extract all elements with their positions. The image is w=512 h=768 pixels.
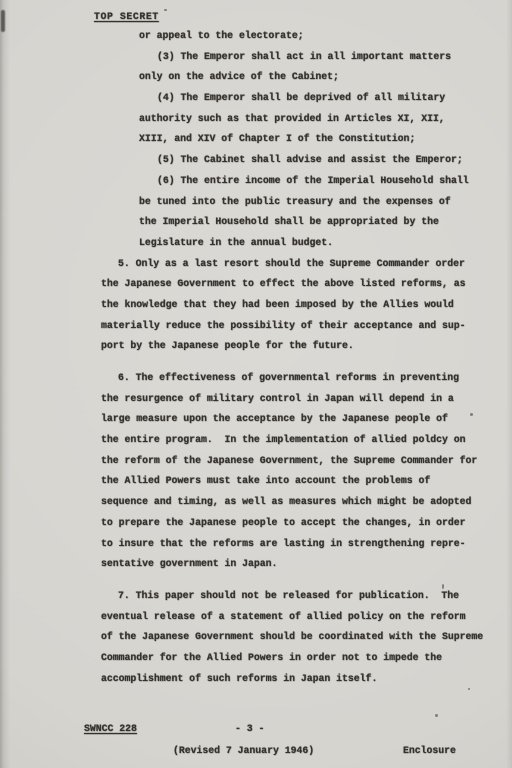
document-line: sentative government in Japan. xyxy=(101,554,501,575)
document-line: to insure that the reforms are lasting i… xyxy=(101,534,501,555)
document-line: XIII, and XIV of Chapter I of the Consti… xyxy=(101,129,501,150)
document-line: the reform of the Japanese Government, t… xyxy=(101,451,501,472)
scan-speck xyxy=(442,584,444,589)
scan-edge-smudge xyxy=(1,10,5,32)
document-line: (5) The Cabinet shall advise and assist … xyxy=(101,150,501,171)
document-line: Commander for the Allied Powers in order… xyxy=(101,648,501,669)
document-line: the Allied Powers must take into account… xyxy=(101,471,501,492)
revision-date: (Revised 7 January 1946) xyxy=(173,745,314,756)
document-line: (3) The Emperor shall act in all importa… xyxy=(101,47,501,68)
document-line: sequence and timing, as well as measures… xyxy=(101,492,501,513)
scan-speck xyxy=(164,9,167,11)
document-line: of the Japanese Government should be coo… xyxy=(101,627,501,648)
scanned-document-page: TOP SECRET or appeal to the electorate;(… xyxy=(0,0,512,768)
document-line: only on the advice of the Cabinet; xyxy=(101,67,501,88)
document-line: eventual release of a statement of allie… xyxy=(101,607,501,628)
document-line: accomplishment of such reforms in Japan … xyxy=(101,669,501,690)
document-line: the resurgence of military control in Ja… xyxy=(101,389,501,410)
document-line: materially reduce the possibility of the… xyxy=(101,316,501,337)
document-line: the knowledge that they had been imposed… xyxy=(101,295,501,316)
document-line: large measure upon the acceptance by the… xyxy=(101,409,501,430)
document-line: the entire program. In the implementatio… xyxy=(101,430,501,451)
document-line: port by the Japanese people for the futu… xyxy=(101,336,501,357)
scan-speck xyxy=(435,714,438,717)
document-line: (4) The Emperor shall be deprived of all… xyxy=(101,88,501,109)
document-line: 7. This paper should not be released for… xyxy=(101,586,501,607)
enclosure-label: Enclosure xyxy=(403,745,456,756)
document-line: (6) The entire income of the Imperial Ho… xyxy=(101,171,501,192)
page-number: - 3 - xyxy=(235,723,264,734)
classification-stamp: TOP SECRET xyxy=(94,11,159,22)
scan-speck xyxy=(468,688,470,690)
document-line: or appeal to the electorate; xyxy=(101,26,501,47)
document-line: be tuned into the public treasury and th… xyxy=(101,192,501,213)
document-line: 6. The effectiveness of governmental ref… xyxy=(101,368,501,389)
document-line: the Japanese Government to effect the ab… xyxy=(101,274,501,295)
document-line: 5. Only as a last resort should the Supr… xyxy=(101,254,501,275)
document-body: or appeal to the electorate;(3) The Empe… xyxy=(101,26,501,689)
document-line: authority such as that provided in Artic… xyxy=(101,109,501,130)
document-line: Legislature in the annual budget. xyxy=(101,233,501,254)
document-line: the Imperial Household shall be appropri… xyxy=(101,212,501,233)
scan-speck xyxy=(470,413,473,416)
document-id: SWNCC 228 xyxy=(84,723,137,734)
document-line: to prepare the Japanese people to accept… xyxy=(101,513,501,534)
